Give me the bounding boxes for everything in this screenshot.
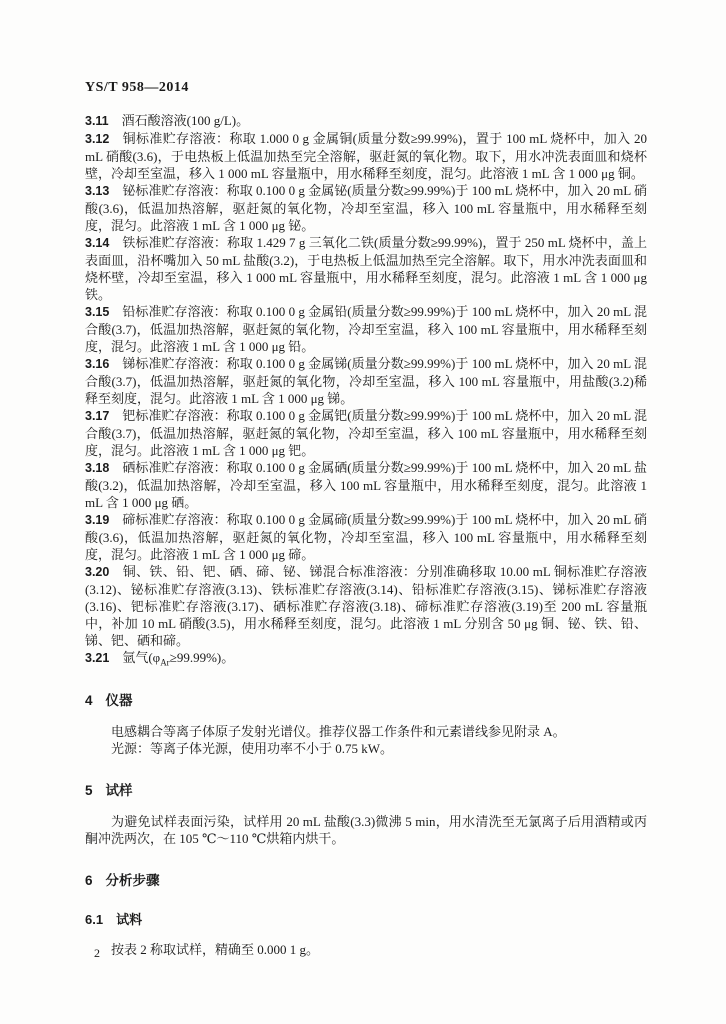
document-page: YS/T 958—2014 3.11酒石酸溶液(100 g/L)。 3.12铜标… — [0, 0, 726, 1024]
section-number: 6 — [85, 873, 106, 888]
section-4-heading: 4仪器 — [85, 692, 647, 709]
section-5-paragraph: 为避免试样表面污染，试样用 20 mL 盐酸(3.3)微沸 5 min，用水清洗… — [85, 813, 647, 847]
section-title: 仪器 — [106, 693, 133, 708]
clause-number: 3.11 — [85, 114, 122, 128]
clause-number: 3.15 — [85, 305, 122, 319]
clause-3-16: 3.16锑标准贮存溶液：称取 0.100 0 g 金属锑(质量分数≥99.99%… — [85, 355, 647, 407]
argon-formula-prefix: 氩气(φ — [122, 650, 160, 665]
section-number: 6.1 — [85, 912, 116, 927]
clause-number: 3.12 — [85, 132, 122, 146]
clause-3-17: 3.17钯标准贮存溶液：称取 0.100 0 g 金属钯(质量分数≥99.99%… — [85, 407, 647, 459]
section-4-paragraph: 电感耦合等离子体原子发射光谱仪。推荐仪器工作条件和元素谱线参见附录 A。 — [85, 723, 647, 740]
section-4-paragraph: 光源：等离子体光源，使用功率不小于 0.75 kW。 — [85, 740, 647, 757]
clause-text: 铅标准贮存溶液：称取 0.100 0 g 金属铅(质量分数≥99.99%)于 1… — [85, 304, 647, 354]
clause-text: 铜标准贮存溶液：称取 1.000 0 g 金属铜(质量分数≥99.99%)，置于… — [85, 131, 647, 181]
argon-subscript: Ar — [160, 658, 170, 668]
clause-text: 铁标准贮存溶液：称取 1.429 7 g 三氧化二铁(质量分数≥99.99%)，… — [85, 235, 647, 302]
clause-3-14: 3.14铁标准贮存溶液：称取 1.429 7 g 三氧化二铁(质量分数≥99.9… — [85, 234, 647, 303]
clause-number: 3.14 — [85, 236, 122, 250]
clause-3-11: 3.11酒石酸溶液(100 g/L)。 — [85, 112, 647, 130]
standard-number-header: YS/T 958—2014 — [85, 80, 189, 96]
section-5-heading: 5试样 — [85, 782, 647, 799]
clause-3-18: 3.18硒标准贮存溶液：称取 0.100 0 g 金属硒(质量分数≥99.99%… — [85, 459, 647, 511]
clause-text: 钯标准贮存溶液：称取 0.100 0 g 金属钯(质量分数≥99.99%)于 1… — [85, 408, 647, 458]
page-content: 3.11酒石酸溶液(100 g/L)。 3.12铜标准贮存溶液：称取 1.000… — [85, 112, 647, 958]
clause-text: 氩气(φAr≥99.99%)。 — [122, 650, 234, 665]
clause-text: 铋标准贮存溶液：称取 0.100 0 g 金属铋(质量分数≥99.99%)于 1… — [85, 183, 647, 233]
section-6-1-paragraph: 按表 2 称取试样，精确至 0.000 1 g。 — [85, 941, 647, 958]
clause-number: 3.18 — [85, 461, 122, 475]
clause-number: 3.21 — [85, 651, 122, 665]
section-6-heading: 6分析步骤 — [85, 872, 647, 889]
clause-3-19: 3.19碲标准贮存溶液：称取 0.100 0 g 金属碲(质量分数≥99.99%… — [85, 511, 647, 563]
clause-number: 3.16 — [85, 357, 122, 371]
clause-text: 硒标准贮存溶液：称取 0.100 0 g 金属硒(质量分数≥99.99%)于 1… — [85, 460, 647, 510]
clause-text: 碲标准贮存溶液：称取 0.100 0 g 金属碲(质量分数≥99.99%)于 1… — [85, 512, 647, 562]
page-number: 2 — [94, 946, 100, 960]
clause-3-15: 3.15铅标准贮存溶液：称取 0.100 0 g 金属铅(质量分数≥99.99%… — [85, 303, 647, 355]
section-number: 4 — [85, 693, 106, 708]
clause-3-21: 3.21氩气(φAr≥99.99%)。 — [85, 649, 647, 667]
argon-formula-suffix: ≥99.99%)。 — [170, 650, 235, 665]
clause-text: 锑标准贮存溶液：称取 0.100 0 g 金属锑(质量分数≥99.99%)于 1… — [85, 356, 647, 406]
section-number: 5 — [85, 783, 106, 798]
section-6-1-heading: 6.1试料 — [85, 911, 647, 928]
clause-number: 3.17 — [85, 409, 122, 423]
clause-text: 酒石酸溶液(100 g/L)。 — [122, 113, 249, 128]
section-title: 试料 — [116, 912, 142, 927]
clause-text: 铜、铁、铅、钯、硒、碲、铋、锑混合标准溶液：分别准确移取 10.00 mL 铜标… — [85, 564, 647, 648]
section-title: 试样 — [106, 783, 133, 798]
clause-number: 3.20 — [85, 565, 122, 579]
clause-number: 3.13 — [85, 184, 122, 198]
clause-3-20: 3.20铜、铁、铅、钯、硒、碲、铋、锑混合标准溶液：分别准确移取 10.00 m… — [85, 563, 647, 649]
clause-3-12: 3.12铜标准贮存溶液：称取 1.000 0 g 金属铜(质量分数≥99.99%… — [85, 130, 647, 182]
section-title: 分析步骤 — [106, 873, 160, 888]
clause-3-13: 3.13铋标准贮存溶液：称取 0.100 0 g 金属铋(质量分数≥99.99%… — [85, 182, 647, 234]
clause-number: 3.19 — [85, 513, 122, 527]
